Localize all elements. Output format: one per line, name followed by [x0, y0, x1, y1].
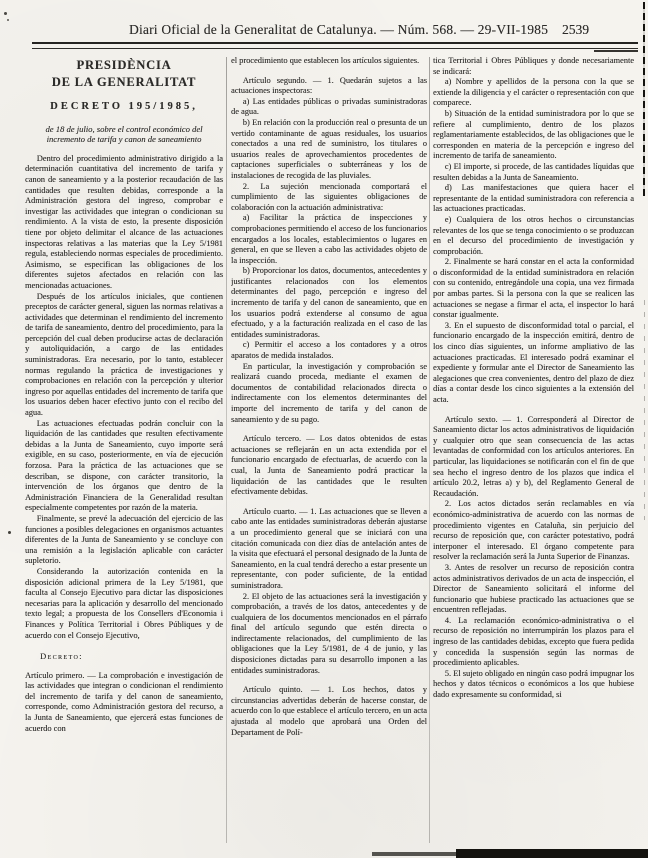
- scan-artifact-speck: [8, 531, 11, 534]
- paragraph: Artículo cuarto. — 1. Las actuaciones qu…: [231, 507, 427, 592]
- section-title-line1: PRESIDÈNCIA: [25, 58, 223, 73]
- paragraph: Finalmente, se prevé la adecuación del e…: [25, 514, 223, 567]
- right-column-body: tica Territorial i Obres Públiques y don…: [433, 56, 634, 701]
- paragraph: 3. Antes de resolver un recurso de repos…: [433, 563, 634, 616]
- page-number: 2539: [562, 22, 589, 38]
- scan-artifact-bottom-bar-dark: [456, 849, 648, 858]
- scan-artifact-bottom-bar-light: [372, 852, 460, 856]
- paragraph: Artículo primero. — La comprobación e in…: [25, 671, 223, 735]
- paragraph: Después de los artículos iniciales, que …: [25, 292, 223, 419]
- document-page: Diari Oficial de la Generalitat de Catal…: [0, 0, 648, 858]
- paragraph: a) Nombre y apellidos de la persona con …: [433, 77, 634, 109]
- scan-artifact-edge-line-mid: [644, 300, 645, 520]
- header-rule-tail: [594, 50, 638, 52]
- paragraph: Las actuaciones efectuadas podrán conclu…: [25, 419, 223, 514]
- paragraph: el procedimiento que establecen los artí…: [231, 56, 427, 67]
- paragraph: En particular, la investigación y compro…: [231, 362, 427, 426]
- paragraph: b) En relación con la producción real o …: [231, 118, 427, 182]
- paragraph: Decreto:: [25, 652, 223, 663]
- paragraph: 3. En el supuesto de disconformidad tota…: [433, 321, 634, 406]
- paragraph: Artículo quinto. — 1. Los hechos, datos …: [231, 685, 427, 738]
- paragraph: Artículo sexto. — 1. Corresponderá al Di…: [433, 415, 634, 500]
- column-divider-right: [429, 57, 430, 843]
- paragraph: Dentro del procedimiento administrativo …: [25, 154, 223, 292]
- paragraph: Considerando la autorización contenida e…: [25, 567, 223, 641]
- paragraph: b) Situación de la entidad suministrador…: [433, 109, 634, 162]
- scan-artifact-speck: [7, 19, 9, 21]
- paragraph: Artículo tercero. — Los datos obtenidos …: [231, 434, 427, 498]
- decree-number-heading: DECRETO 195/1985,: [25, 102, 223, 113]
- scan-artifact-edge-line-top: [643, 2, 645, 196]
- section-title-line2: DE LA GENERALITAT: [25, 75, 223, 90]
- paragraph: 2. El objeto de las actuaciones será la …: [231, 592, 427, 677]
- right-column: tica Territorial i Obres Públiques y don…: [433, 56, 634, 848]
- journal-header-title: Diari Oficial de la Generalitat de Catal…: [129, 22, 548, 38]
- header-rule: [32, 42, 638, 49]
- paragraph: c) El importe, si procede, de las cantid…: [433, 162, 634, 183]
- paragraph: a) Facilitar la práctica de inspecciones…: [231, 213, 427, 266]
- paragraph: 2. Los actos dictados serán reclamables …: [433, 499, 634, 563]
- scan-artifact-speck: [4, 12, 7, 15]
- paragraph: 2. La sujeción mencionada comportará el …: [231, 182, 427, 214]
- left-column: PRESIDÈNCIA DE LA GENERALITAT DECRETO 19…: [25, 56, 223, 848]
- paragraph: 4. La reclamación económico-administrati…: [433, 616, 634, 669]
- paragraph: e) Cualquiera de los otros hechos o circ…: [433, 215, 634, 257]
- paragraph: b) Proporcionar los datos, documentos, a…: [231, 266, 427, 340]
- paragraph: a) Las entidades públicas o privadas sum…: [231, 97, 427, 118]
- paragraph: 5. El sujeto obligado en ningún caso pod…: [433, 669, 634, 701]
- decree-subtitle: de 18 de julio, sobre el control económi…: [29, 124, 219, 145]
- left-column-body: Dentro del procedimiento administrativo …: [25, 154, 223, 734]
- middle-column: el procedimiento que establecen los artí…: [231, 56, 427, 848]
- column-divider-left: [226, 57, 227, 843]
- paragraph: 2. Finalmente se hará constar en el acta…: [433, 257, 634, 321]
- paragraph: d) Las manifestaciones que quiera hacer …: [433, 183, 634, 215]
- paragraph: c) Permitir el acceso a los contadores y…: [231, 340, 427, 361]
- paragraph: Artículo segundo. — 1. Quedarán sujetos …: [231, 76, 427, 97]
- paragraph: tica Territorial i Obres Públiques y don…: [433, 56, 634, 77]
- middle-column-body: el procedimiento que establecen los artí…: [231, 56, 427, 738]
